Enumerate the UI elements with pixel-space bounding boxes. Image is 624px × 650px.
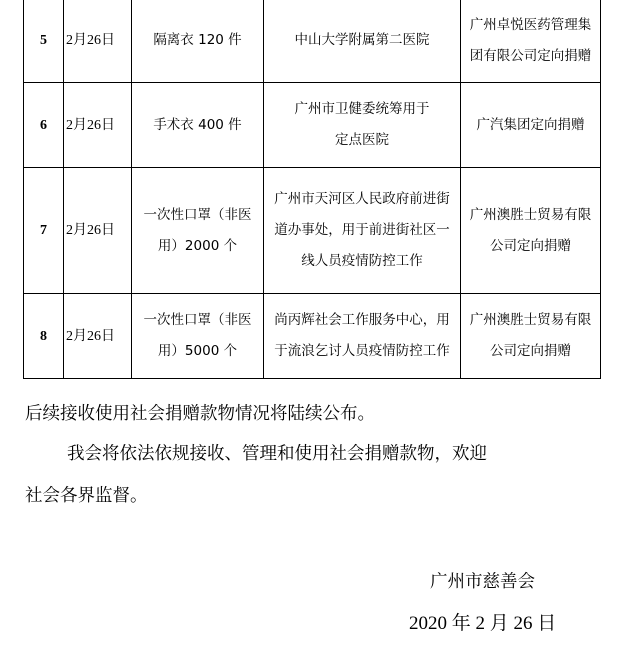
recipient: 广州市卫健委统筹用于 定点医院: [264, 83, 461, 168]
donor: 广汽集团定向捐赠: [461, 83, 601, 168]
signature-date: 2020 年 2 月 26 日: [409, 608, 556, 635]
recipient: 中山大学附属第二医院: [264, 0, 461, 83]
donor: 广州澳胜士贸易有限 公司定向捐赠: [461, 294, 601, 379]
table-row: 8 2月26日 一次性口罩（非医 用）5000 个 尚丙辉社会工作服务中心，用 …: [24, 294, 601, 379]
row-number: 7: [24, 168, 64, 294]
row-date: 2月26日: [64, 168, 132, 294]
donor: 广州澳胜士贸易有限 公司定向捐赠: [461, 168, 601, 294]
donation-table: 5 2月26日 隔离衣 120 件 中山大学附属第二医院 广州卓悦医药管理集 团…: [23, 0, 601, 379]
row-date: 2月26日: [64, 83, 132, 168]
row-number: 8: [24, 294, 64, 379]
donated-item: 手术衣 400 件: [132, 83, 264, 168]
donor: 广州卓悦医药管理集 团有限公司定向捐赠: [461, 0, 601, 83]
donated-item: 一次性口罩（非医 用）2000 个: [132, 168, 264, 294]
row-date: 2月26日: [64, 0, 132, 83]
donated-item: 一次性口罩（非医 用）5000 个: [132, 294, 264, 379]
table-row: 5 2月26日 隔离衣 120 件 中山大学附属第二医院 广州卓悦医药管理集 团…: [24, 0, 601, 83]
body-paragraph-supervision-line1: 我会将依法依规接收、管理和使用社会捐赠款物，欢迎: [67, 444, 487, 464]
table-row: 6 2月26日 手术衣 400 件 广州市卫健委统筹用于 定点医院 广汽集团定向…: [24, 83, 601, 168]
signature-organization: 广州市慈善会: [430, 568, 535, 593]
table-row: 7 2月26日 一次性口罩（非医 用）2000 个 广州市天河区人民政府前进街 …: [24, 168, 601, 294]
recipient: 尚丙辉社会工作服务中心，用 于流浪乞讨人员疫情防控工作: [264, 294, 461, 379]
donated-item: 隔离衣 120 件: [132, 0, 264, 83]
body-paragraph-followup: 后续接收使用社会捐赠款物情况将陆续公布。: [25, 404, 375, 424]
row-date: 2月26日: [64, 294, 132, 379]
body-paragraph-supervision-line2: 社会各界监督。: [25, 486, 148, 506]
row-number: 5: [24, 0, 64, 83]
recipient: 广州市天河区人民政府前进街 道办事处，用于前进街社区一 线人员疫情防控工作: [264, 168, 461, 294]
row-number: 6: [24, 83, 64, 168]
